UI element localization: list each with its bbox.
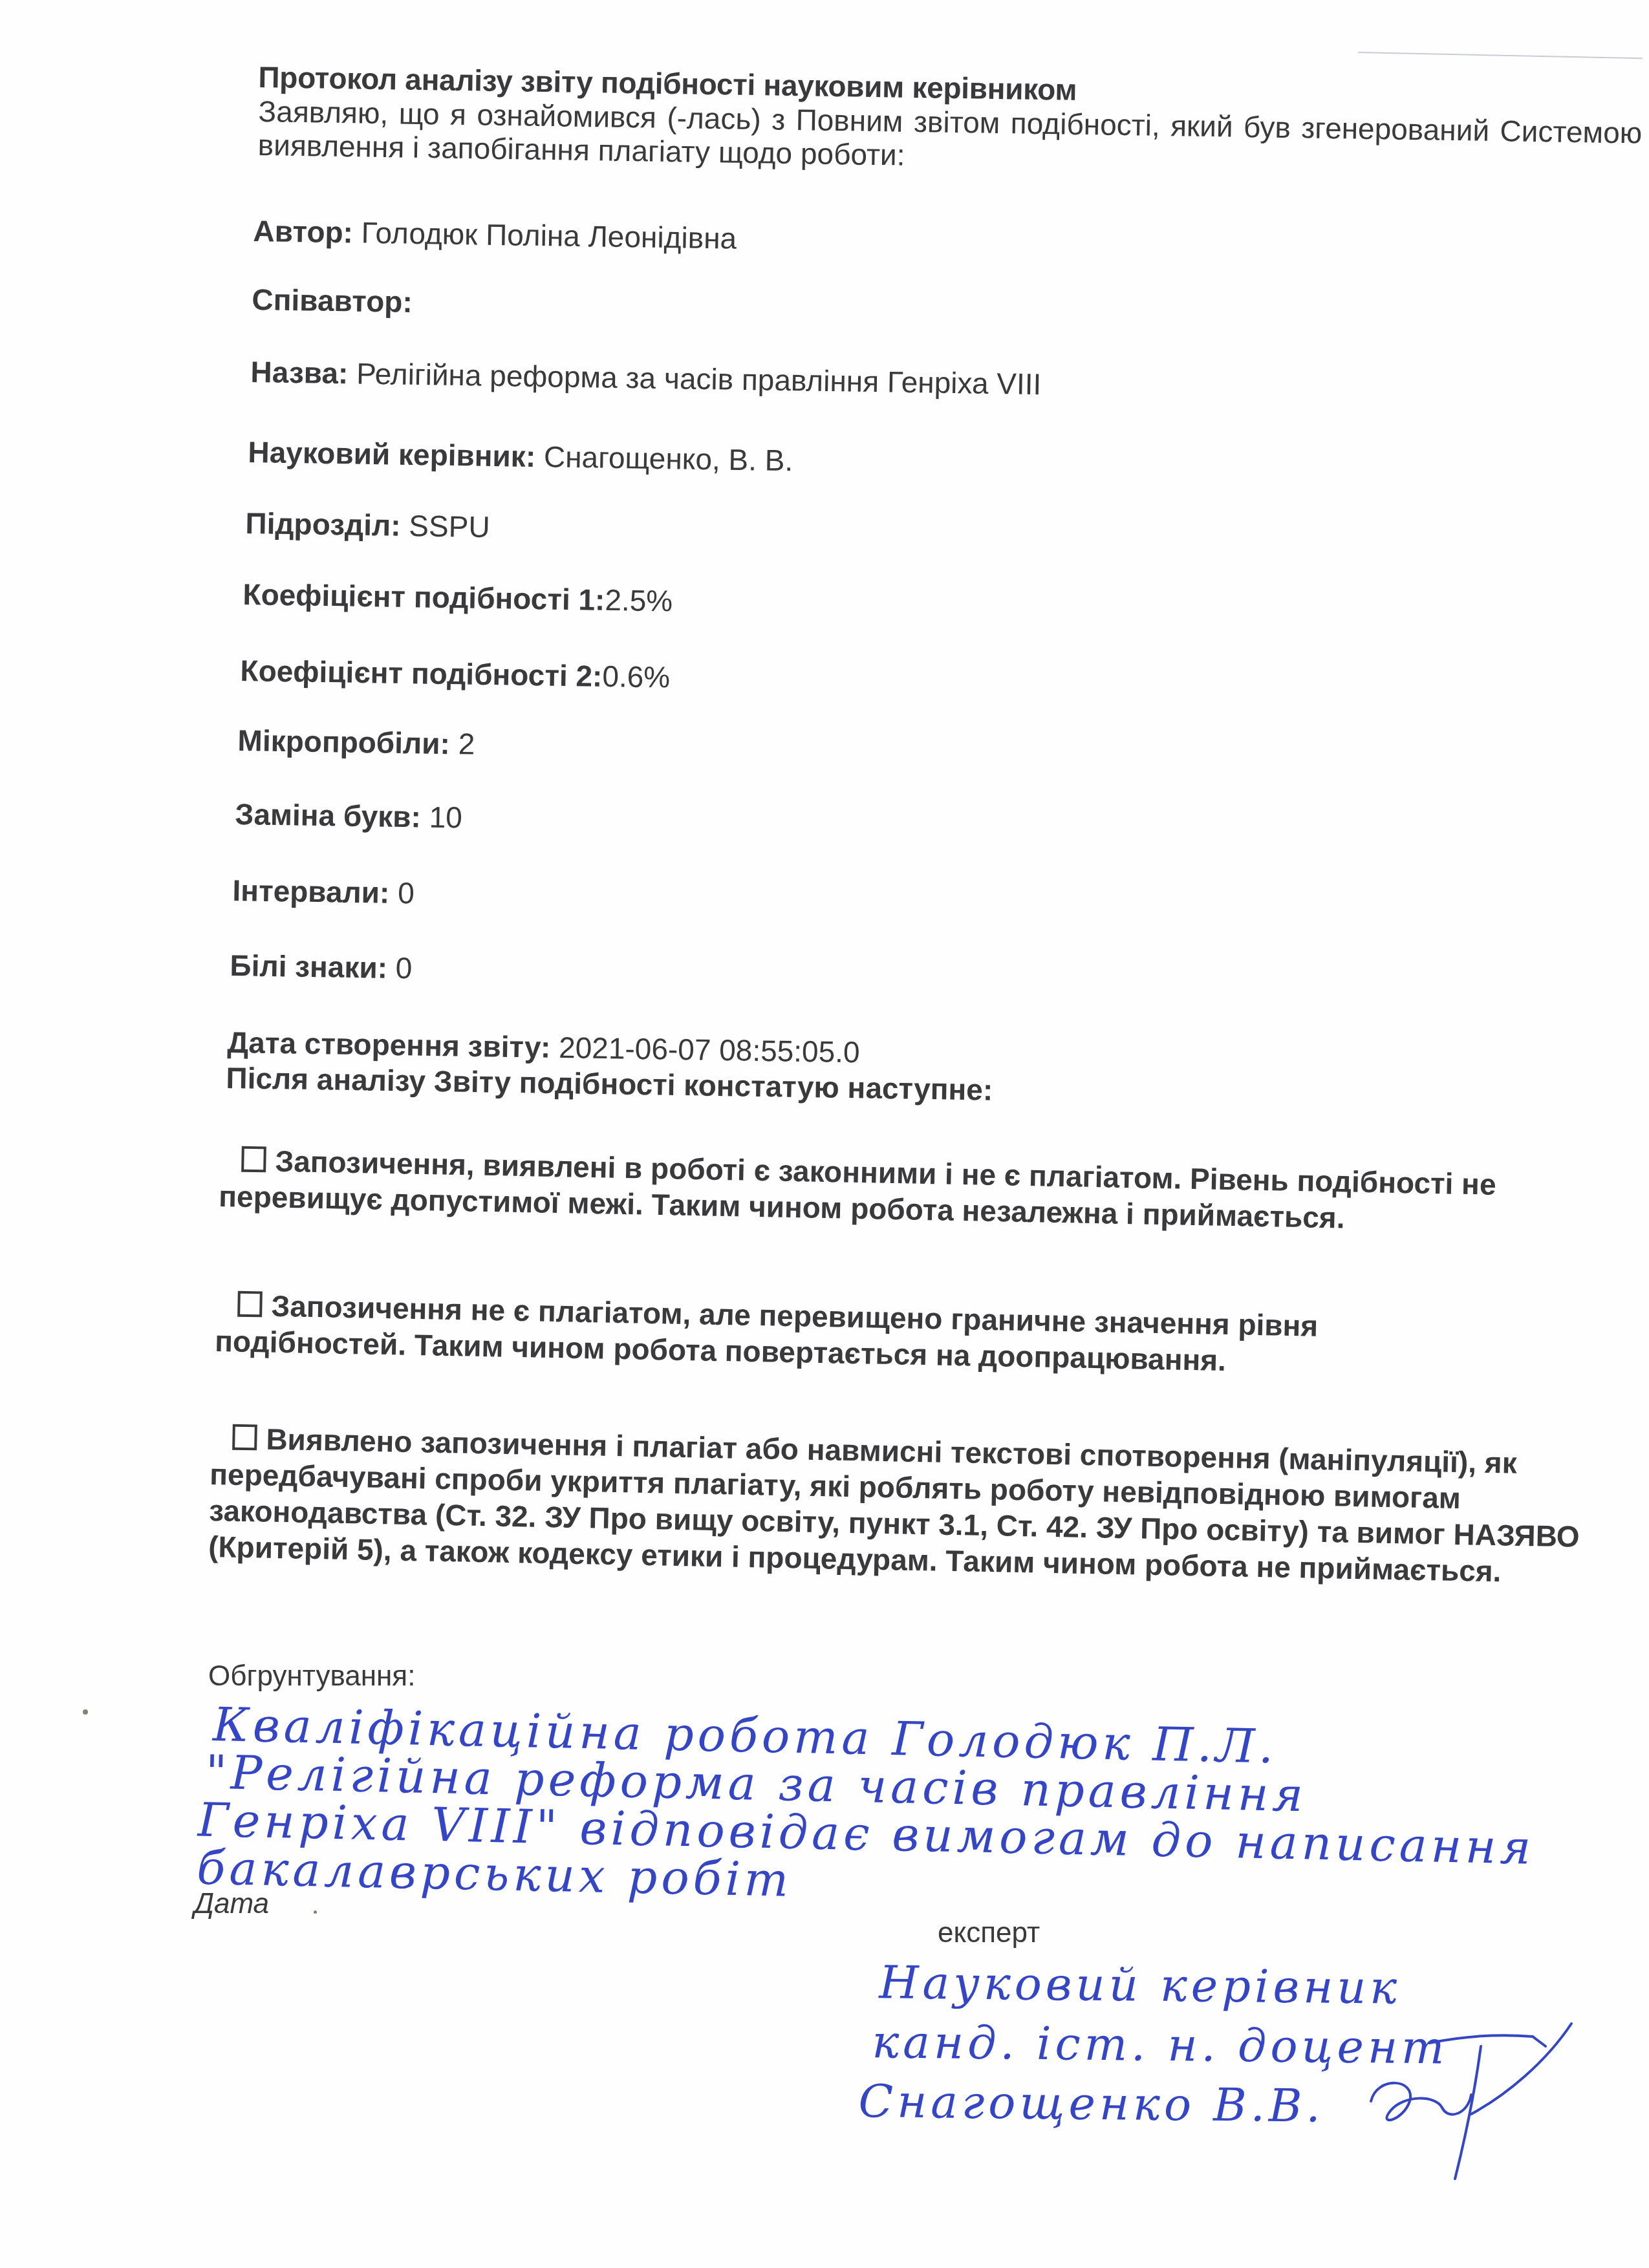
handwritten-line: Науковий керівник bbox=[879, 1952, 1449, 2018]
scanned-page: Протокол аналізу звіту подібності науков… bbox=[0, 0, 1649, 2268]
field-supervisor: Науковий керівник: Снагощенко, В. В. bbox=[248, 434, 793, 478]
option-text: Запозичення, виявлені в роботі є законни… bbox=[219, 1144, 1496, 1235]
field-label: Білі знаки: bbox=[230, 948, 387, 985]
conclusion-heading: Після аналізу Звіту подібності констатую… bbox=[226, 1060, 993, 1107]
field-white-chars: Білі знаки: 0 bbox=[230, 948, 413, 985]
option-revision: Запозичення не є плагіатом, але перевище… bbox=[215, 1287, 1432, 1382]
field-microspaces: Мікропробіли: 2 bbox=[237, 723, 475, 762]
option-rejected: Виявлено запозичення і плагіат або навми… bbox=[208, 1420, 1588, 1591]
handwritten-justification: Кваліфікаційна робота Голодюк П.Л. "Релі… bbox=[210, 1700, 1537, 1920]
intro-statement: Заявляю, що я ознайомився (-лась) з Повн… bbox=[257, 94, 1642, 184]
scan-speck bbox=[314, 1910, 317, 1914]
scan-artifact-line bbox=[1358, 52, 1643, 59]
field-label: Інтервали: bbox=[232, 873, 390, 910]
field-value: 2.5% bbox=[605, 583, 673, 618]
field-value: Голодюк Поліна Леонідівна bbox=[361, 216, 737, 255]
field-value: Релігійна реформа за часів правління Ген… bbox=[356, 357, 1042, 401]
field-label: Науковий керівник: bbox=[248, 435, 535, 473]
scan-speck bbox=[83, 1709, 88, 1715]
field-coauthor: Співавтор: bbox=[252, 282, 413, 319]
field-similarity-1: Коефіцієнт подібності 1:2.5% bbox=[242, 577, 673, 618]
field-value: Снагощенко, В. В. bbox=[544, 440, 793, 477]
checkbox-rejected[interactable] bbox=[232, 1424, 257, 1451]
date-label: Дата bbox=[194, 1888, 269, 1920]
field-value: 0.6% bbox=[602, 659, 671, 694]
signature-icon bbox=[1358, 2017, 1578, 2185]
field-value: SSPU bbox=[409, 509, 490, 544]
field-label: Співавтор: bbox=[252, 283, 413, 319]
field-title: Назва: Релігійна реформа за часів правлі… bbox=[250, 354, 1042, 401]
field-value: 0 bbox=[398, 876, 415, 910]
field-label: Назва: bbox=[250, 355, 349, 390]
field-value: 0 bbox=[395, 951, 412, 985]
field-value: 2021-06-07 08:55:05.0 bbox=[559, 1031, 860, 1069]
field-author: Автор: Голодюк Поліна Леонідівна bbox=[253, 213, 737, 256]
justification-label: Обгрунтування: bbox=[208, 1660, 415, 1693]
option-text: Запозичення не є плагіатом, але перевище… bbox=[215, 1289, 1319, 1377]
field-letter-replacement: Заміна букв: 10 bbox=[235, 797, 462, 835]
field-value: 2 bbox=[458, 727, 475, 760]
field-label: Коефіцієнт подібності 1: bbox=[242, 577, 605, 617]
field-label: Заміна букв: bbox=[235, 797, 421, 834]
checkbox-accepted[interactable] bbox=[241, 1146, 266, 1173]
field-label: Дата створення звіту: bbox=[227, 1025, 551, 1064]
field-department: Підрозділ: SSPU bbox=[245, 506, 490, 544]
expert-label: експерт bbox=[938, 1917, 1040, 1949]
field-label: Мікропробіли: bbox=[237, 723, 450, 760]
field-label: Коефіцієнт подібності 2: bbox=[240, 654, 603, 693]
checkbox-revision[interactable] bbox=[237, 1291, 263, 1318]
field-label: Підрозділ: bbox=[245, 506, 401, 542]
field-value: 10 bbox=[429, 800, 462, 835]
field-intervals: Інтервали: 0 bbox=[232, 873, 415, 910]
field-similarity-2: Коефіцієнт подібності 2:0.6% bbox=[240, 653, 671, 694]
option-accepted: Запозичення, виявлені в роботі є законни… bbox=[219, 1142, 1591, 1241]
option-text: Виявлено запозичення і плагіат або навми… bbox=[208, 1422, 1580, 1589]
field-label: Автор: bbox=[253, 214, 353, 249]
